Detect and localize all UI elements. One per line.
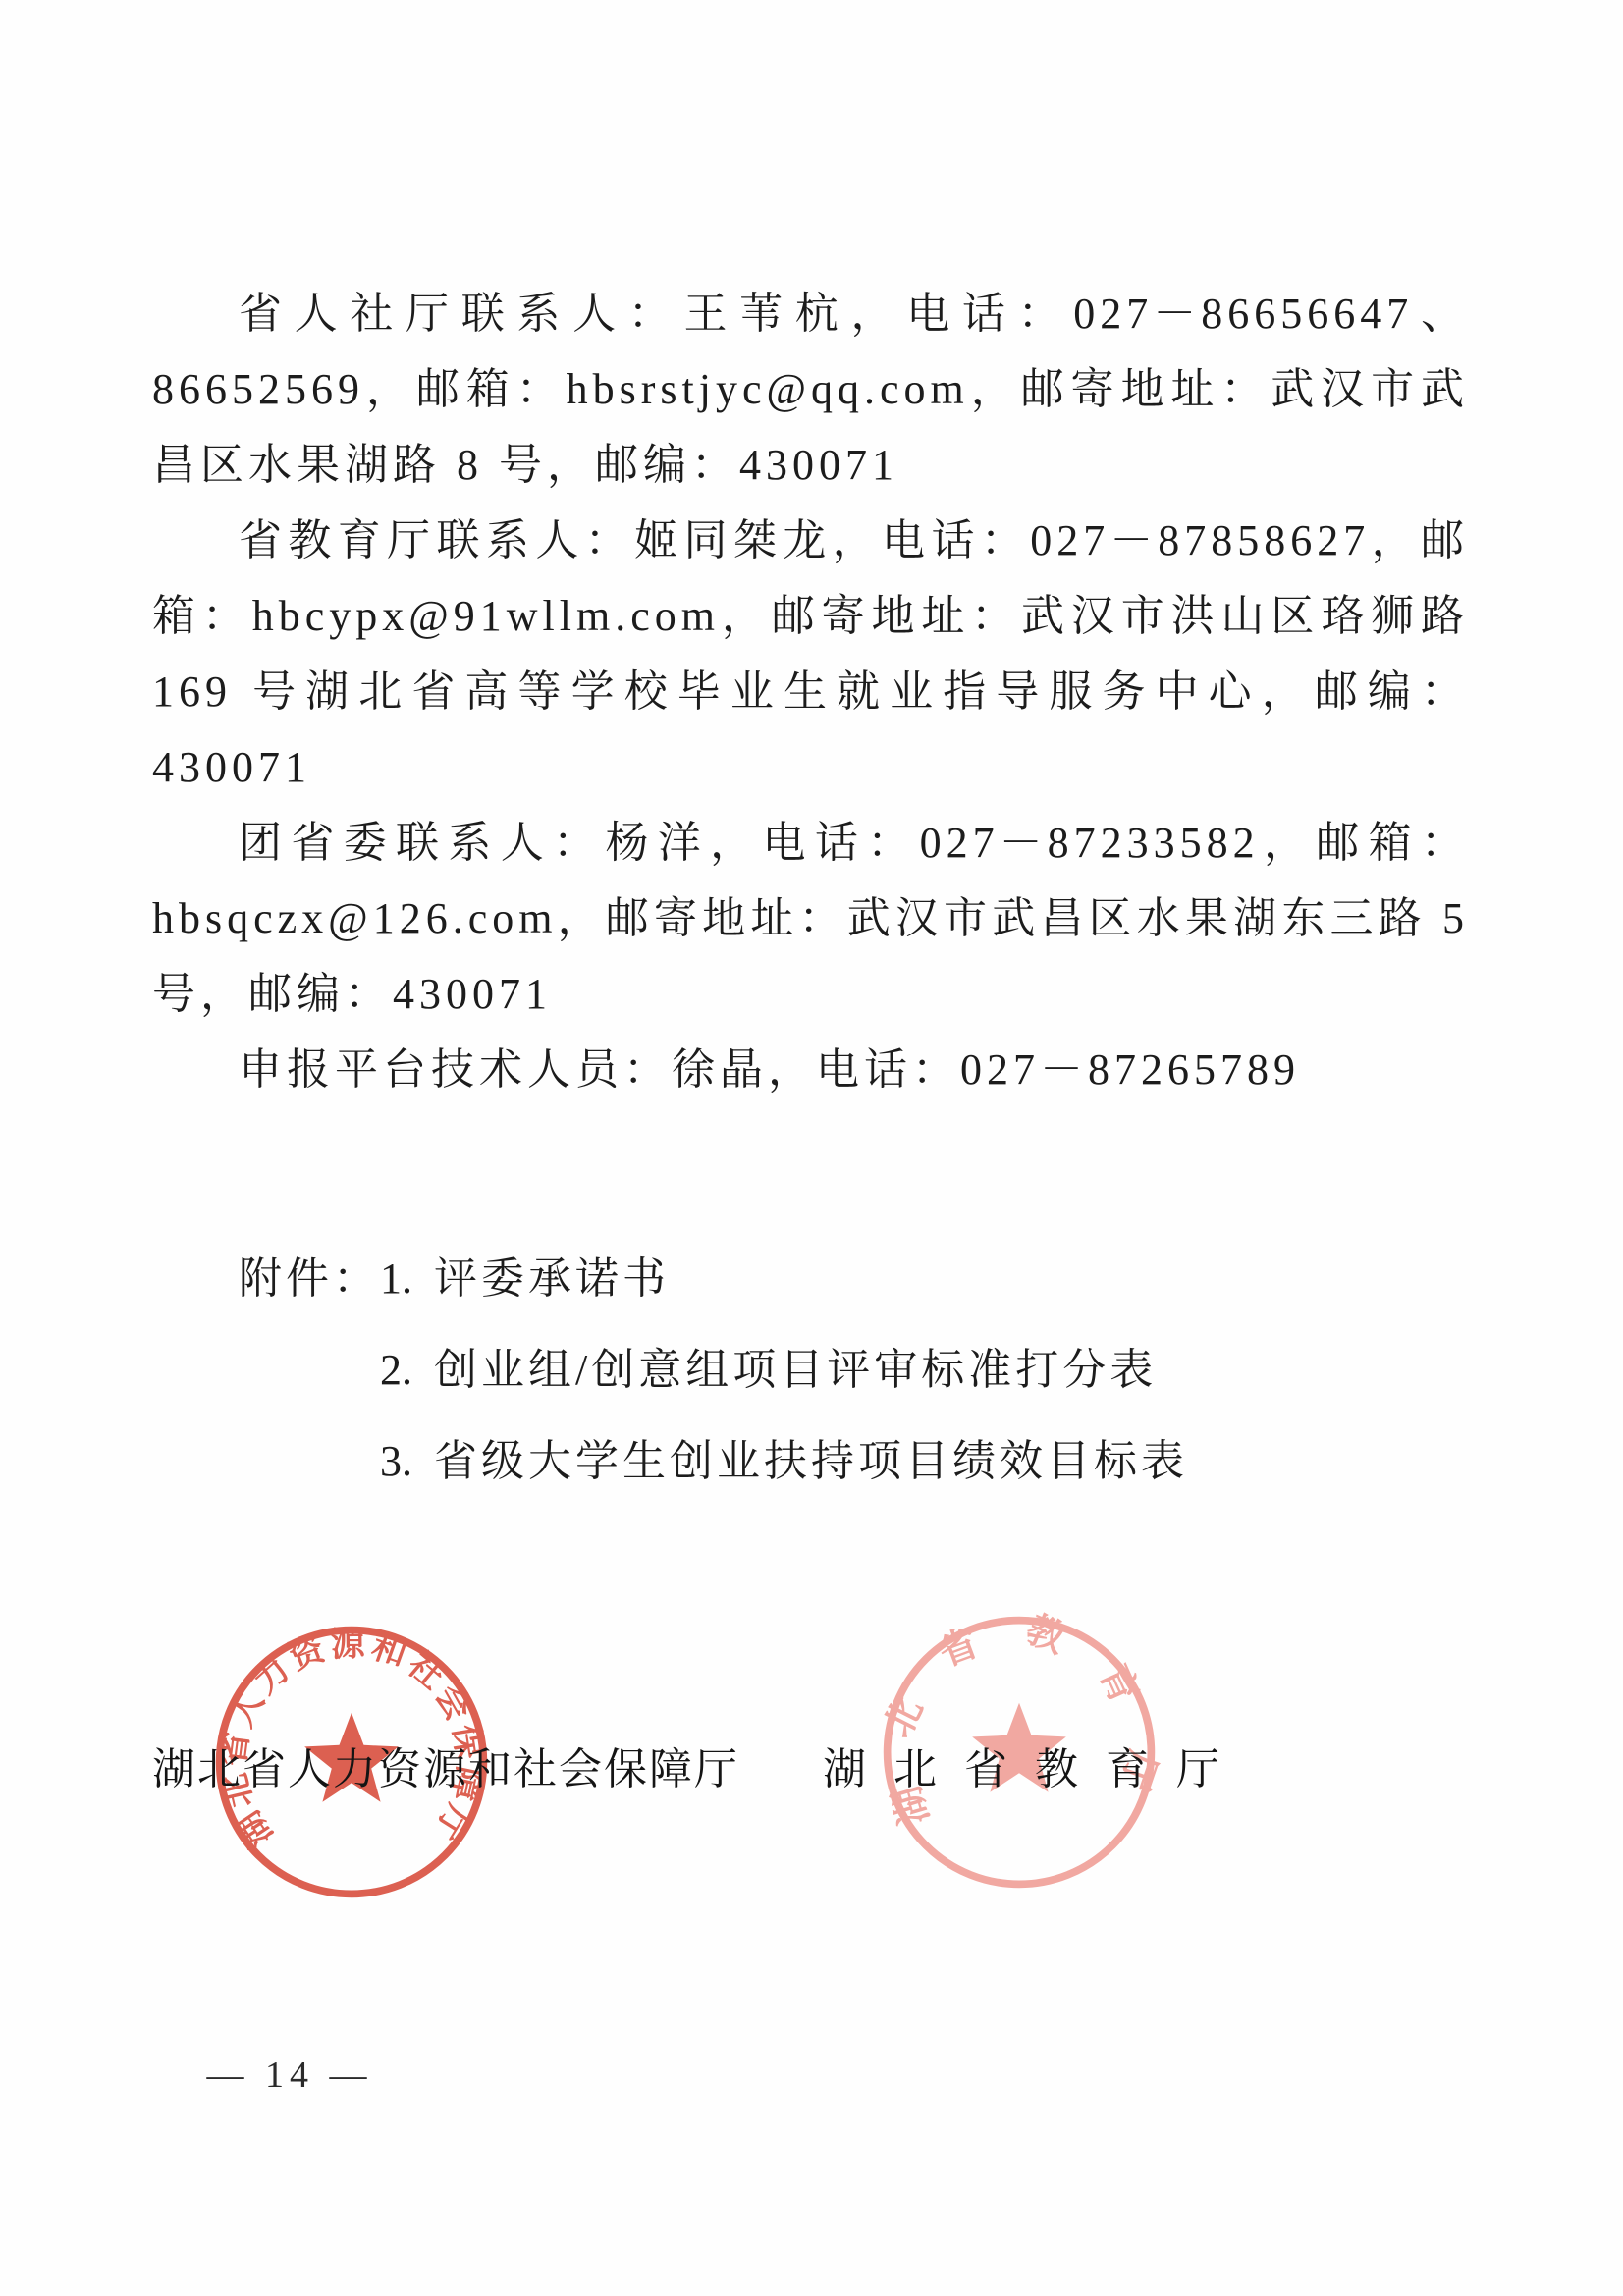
attachment-title: 评委承诺书 bbox=[434, 1255, 670, 1303]
attachments-section: 附件： 1.评委承诺书 2.创业组/创意组项目评审标准打分表 3.省级大学生创业… bbox=[152, 1233, 1469, 1507]
attachment-item: 2.创业组/创意组项目评审标准打分表 bbox=[380, 1324, 1188, 1415]
document-page: 省人社厅联系人：王苇杭，电话：027－86656647、86652569，邮箱：… bbox=[0, 0, 1623, 2296]
attachment-number: 1. bbox=[380, 1233, 412, 1324]
contact-paragraph-rst: 省人社厅联系人：王苇杭，电话：027－86656647、86652569，邮箱：… bbox=[152, 276, 1469, 503]
attachments-label: 附件： bbox=[239, 1233, 380, 1324]
page-number: — 14 — bbox=[172, 2054, 407, 2097]
attachments-row: 附件： 1.评委承诺书 2.创业组/创意组项目评审标准打分表 3.省级大学生创业… bbox=[152, 1233, 1469, 1507]
signature-education-department: 湖北省教育厅 bbox=[823, 1734, 1247, 1796]
attachment-title: 创业组/创意组项目评审标准打分表 bbox=[434, 1346, 1157, 1394]
signature-hrss-department: 湖北省人力资源和社会保障厅 bbox=[152, 1734, 739, 1796]
attachments-list: 1.评委承诺书 2.创业组/创意组项目评审标准打分表 3.省级大学生创业扶持项目… bbox=[380, 1233, 1188, 1507]
attachment-number: 3. bbox=[380, 1415, 412, 1507]
contact-paragraph-platform: 申报平台技术人员：徐晶，电话：027－87265789 bbox=[152, 1032, 1469, 1107]
contact-paragraph-league: 团省委联系人：杨洋，电话：027－87233582，邮箱：hbsqczx@126… bbox=[152, 805, 1469, 1032]
attachment-title: 省级大学生创业扶持项目绩效目标表 bbox=[434, 1437, 1188, 1485]
contact-paragraph-edu: 省教育厅联系人：姬同桀龙，电话：027－87858627，邮箱：hbcypx@9… bbox=[152, 503, 1469, 805]
attachment-item: 3.省级大学生创业扶持项目绩效目标表 bbox=[380, 1415, 1188, 1507]
attachment-item: 1.评委承诺书 bbox=[380, 1233, 1188, 1324]
attachment-number: 2. bbox=[380, 1324, 412, 1415]
document-body: 省人社厅联系人：王苇杭，电话：027－86656647、86652569，邮箱：… bbox=[152, 276, 1469, 1107]
